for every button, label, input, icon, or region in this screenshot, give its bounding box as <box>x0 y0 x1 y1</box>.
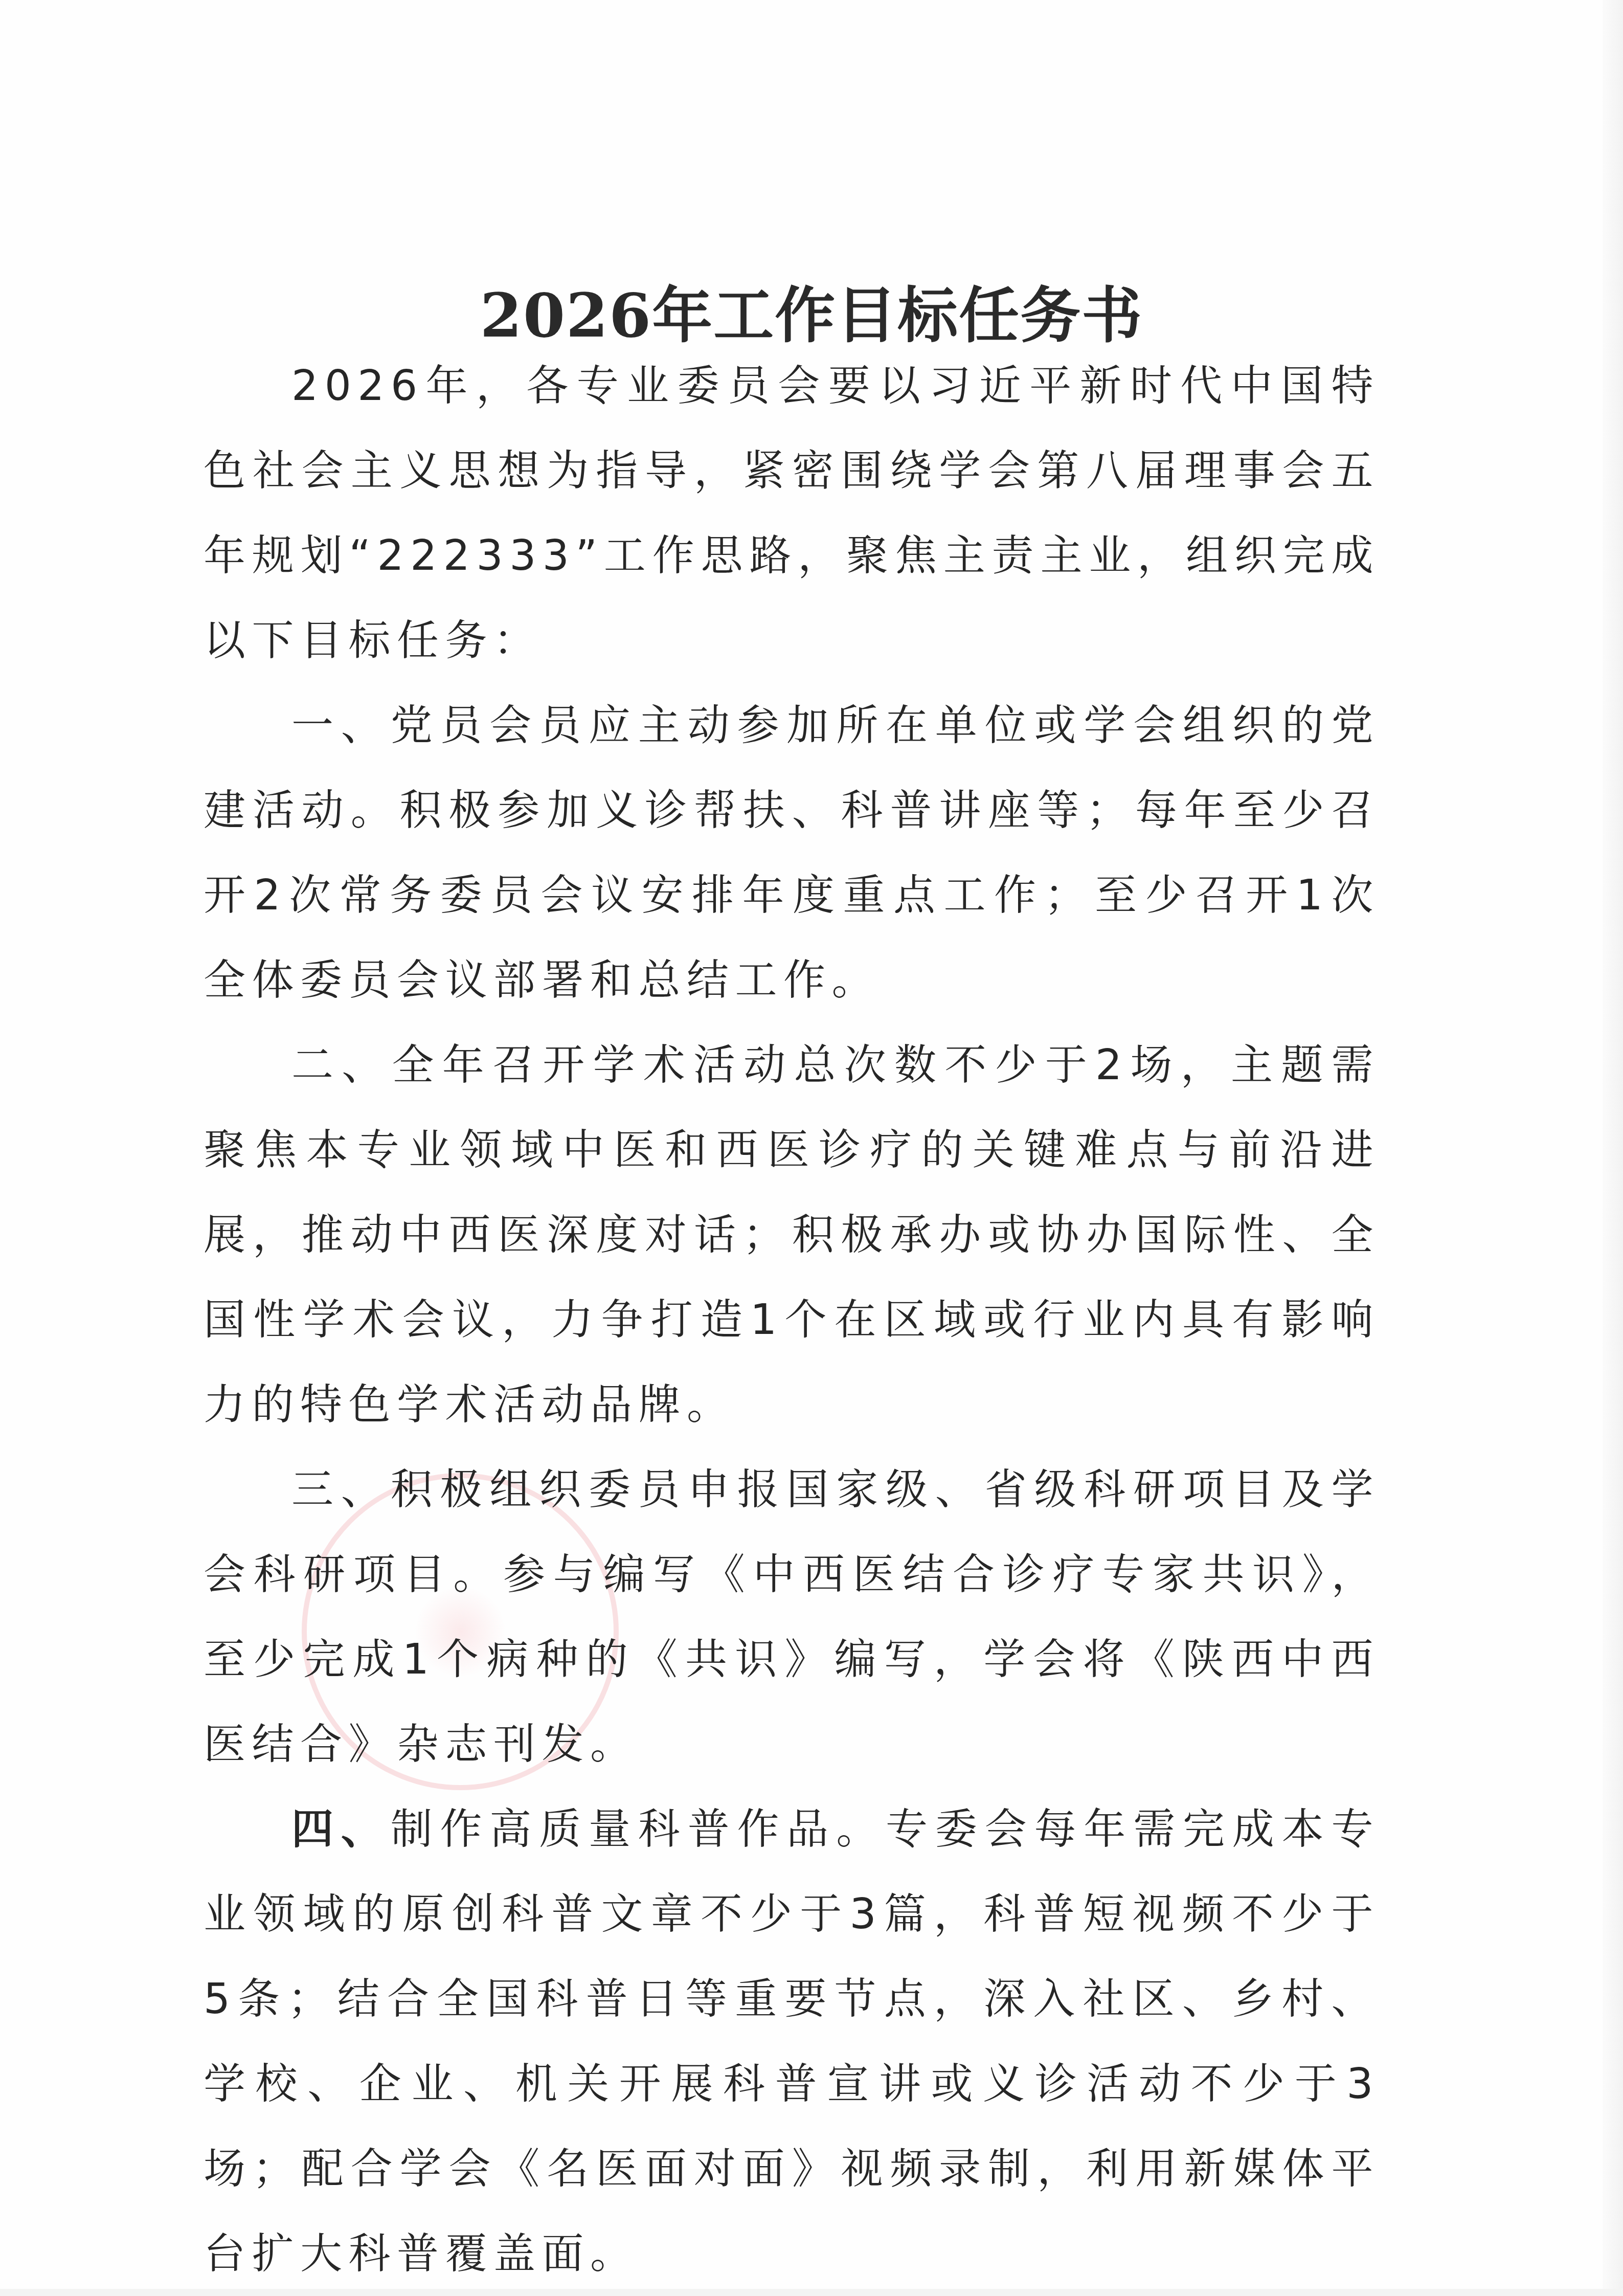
section-3-number: 三、 <box>291 1465 391 1514</box>
document-page: 2026年工作目标任务书 2026年，各专业委员会要以习近平新时代中国特色社会主… <box>0 0 1623 2296</box>
section-1-number: 一、 <box>291 701 391 750</box>
section-4-paragraph: 四、制作高质量科普作品。专委会每年需完成本专业领域的原创科普文章不少于3篇，科普… <box>204 1787 1380 2296</box>
intro-paragraph: 2026年，各专业委员会要以习近平新时代中国特色社会主义思想为指导，紧密围绕学会… <box>204 344 1380 683</box>
section-1-paragraph: 一、党员会员应主动参加所在单位或学会组织的党建活动。积极参加义诊帮扶、科普讲座等… <box>204 683 1380 1023</box>
document-body: 2026年，各专业委员会要以习近平新时代中国特色社会主义思想为指导，紧密围绕学会… <box>204 344 1380 2296</box>
section-2-paragraph: 二、全年召开学术活动总次数不少于2场，主题需聚焦本专业领域中医和西医诊疗的关键难… <box>204 1023 1380 1447</box>
section-3-paragraph: 三、积极组织委员申报国家级、省级科研项目及学会科研项目。参与编写《中西医结合诊疗… <box>204 1447 1380 1787</box>
section-2-text: 全年召开学术活动总次数不少于2场，主题需聚焦本专业领域中医和西医诊疗的关键难点与… <box>204 1041 1380 1429</box>
section-4-number: 四、 <box>291 1805 391 1854</box>
section-4-text: 制作高质量科普作品。专委会每年需完成本专业领域的原创科普文章不少于3篇，科普短视… <box>204 1805 1380 2278</box>
document-title: 2026年工作目标任务书 <box>0 280 1623 351</box>
section-2-number: 二、 <box>291 1041 392 1089</box>
